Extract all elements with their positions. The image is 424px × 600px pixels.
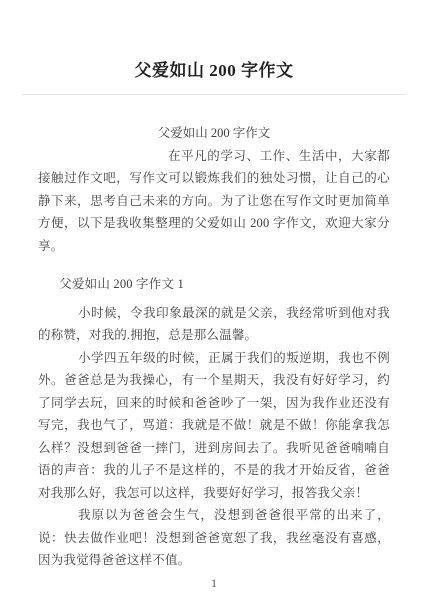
section-heading: 父爱如山 200 字作文 1 — [38, 273, 390, 296]
intro-paragraph: 在平凡的学习、工作、生活中，大家都接触过作文吧，写作文可以锻炼我们的独处习惯，让… — [38, 145, 390, 258]
doc-subtitle: 父爱如山 200 字作文 — [38, 122, 390, 145]
body-paragraph: 小学四五年级的时候，正属于我们的叛逆期，我也不例外。爸爸总是为我操心，有一个星期… — [38, 347, 390, 505]
page-title: 父爱如山 200 字作文 — [38, 58, 390, 84]
body-paragraph: 我原以为爸爸会生气，没想到爸爸很平常的出来了，说：快去做作业吧！没想到爸爸宽恕了… — [38, 504, 390, 572]
title-divider — [22, 94, 406, 95]
body-paragraph: 小时候，令我印象最深的就是父亲，我经常听到他对我的称赞，对我的.拥抱，总是那么温… — [38, 302, 390, 347]
page-number: 1 — [38, 573, 390, 595]
document-page: 父爱如山 200 字作文 父爱如山 200 字作文 在平凡的学习、工作、生活中，… — [0, 0, 424, 600]
